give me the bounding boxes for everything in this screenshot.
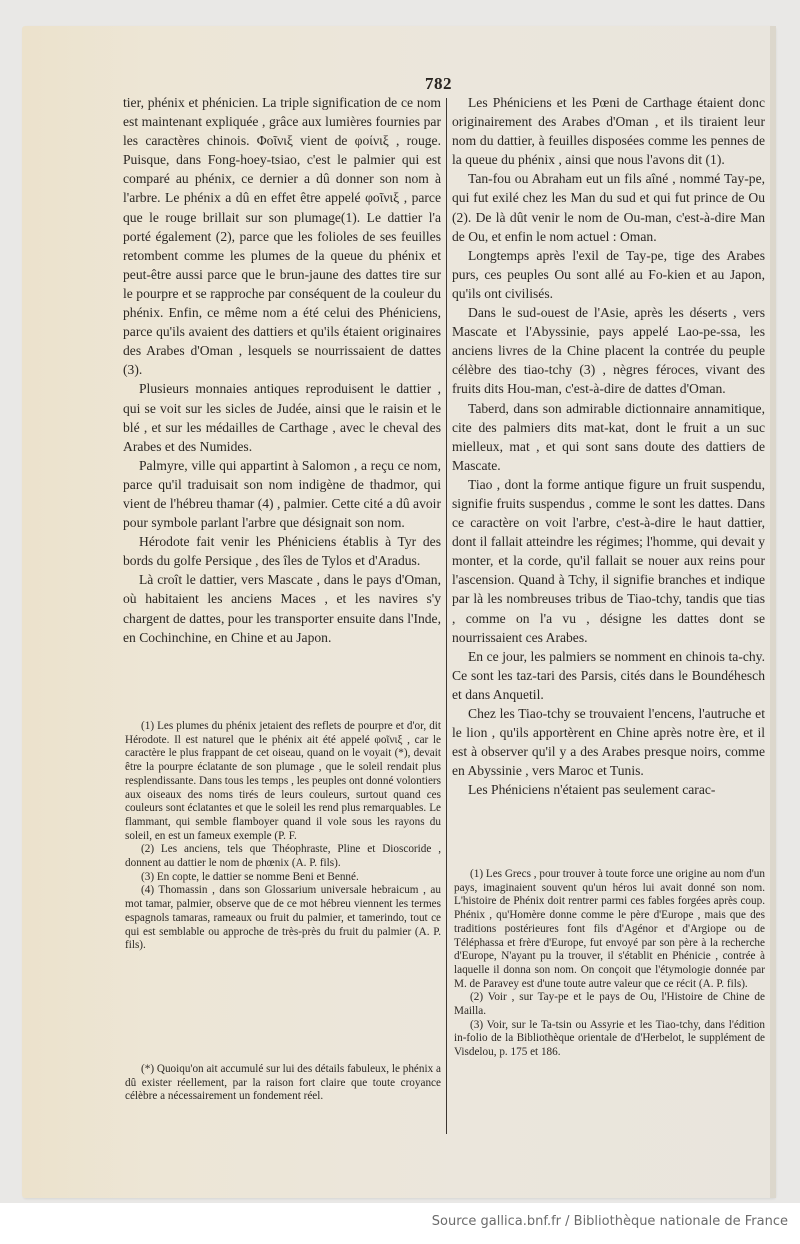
right-column: Les Phéniciens et les Pœni de Carthage é… [452,93,765,799]
left-column: tier, phénix et phénicien. La triple sig… [123,93,441,647]
paragraph: Hérodote fait venir les Phéniciens établ… [123,532,441,570]
right-footnotes: (1) Les Grecs , pour trouver à toute for… [454,868,765,1060]
left-subfootnote: (*) Quoiqu'on ait accumulé sur lui des d… [125,1063,441,1104]
paragraph: Les Phéniciens n'étaient pas seulement c… [452,780,765,799]
paragraph: Chez les Tiao-tchy se trouvaient l'encen… [452,704,765,780]
paragraph: Longtemps après l'exil de Tay-pe, tige d… [452,246,765,303]
paragraph: Taberd, dans son admirable dictionnaire … [452,399,765,475]
footnote: (3) Voir, sur le Ta-tsin ou Assyrie et l… [454,1019,765,1060]
page-number: 782 [425,74,452,94]
paragraph: Là croît le dattier, vers Mascate , dans… [123,570,441,646]
paragraph: Plusieurs monnaies antiques reproduisent… [123,379,441,455]
paragraph: Les Phéniciens et les Pœni de Carthage é… [452,93,765,169]
source-credit: Source gallica.bnf.fr / Bibliothèque nat… [432,1214,788,1229]
paragraph: Dans le sud-ouest de l'Asie, après les d… [452,303,765,398]
page-edge [770,26,776,1198]
footnote: (1) Les Grecs , pour trouver à toute for… [454,868,765,991]
footnote: (1) Les plumes du phénix jetaient des re… [125,720,441,843]
footnote: (2) Voir , sur Tay-pe et le pays de Ou, … [454,991,765,1018]
paragraph: Tan-fou ou Abraham eut un fils aîné , no… [452,169,765,245]
footnote: (*) Quoiqu'on ait accumulé sur lui des d… [125,1063,441,1104]
footnote: (2) Les anciens, tels que Théophraste, P… [125,843,441,870]
paragraph: En ce jour, les palmiers se nomment en c… [452,647,765,704]
left-footnotes: (1) Les plumes du phénix jetaient des re… [125,720,441,953]
footnote: (4) Thomassin , dans son Glossarium univ… [125,884,441,953]
footnote: (3) En copte, le dattier se nomme Beni e… [125,871,441,885]
paragraph: Tiao , dont la forme antique figure un f… [452,475,765,647]
paragraph: tier, phénix et phénicien. La triple sig… [123,93,441,379]
column-divider [446,98,447,1134]
paragraph: Palmyre, ville qui appartint à Salomon ,… [123,456,441,532]
